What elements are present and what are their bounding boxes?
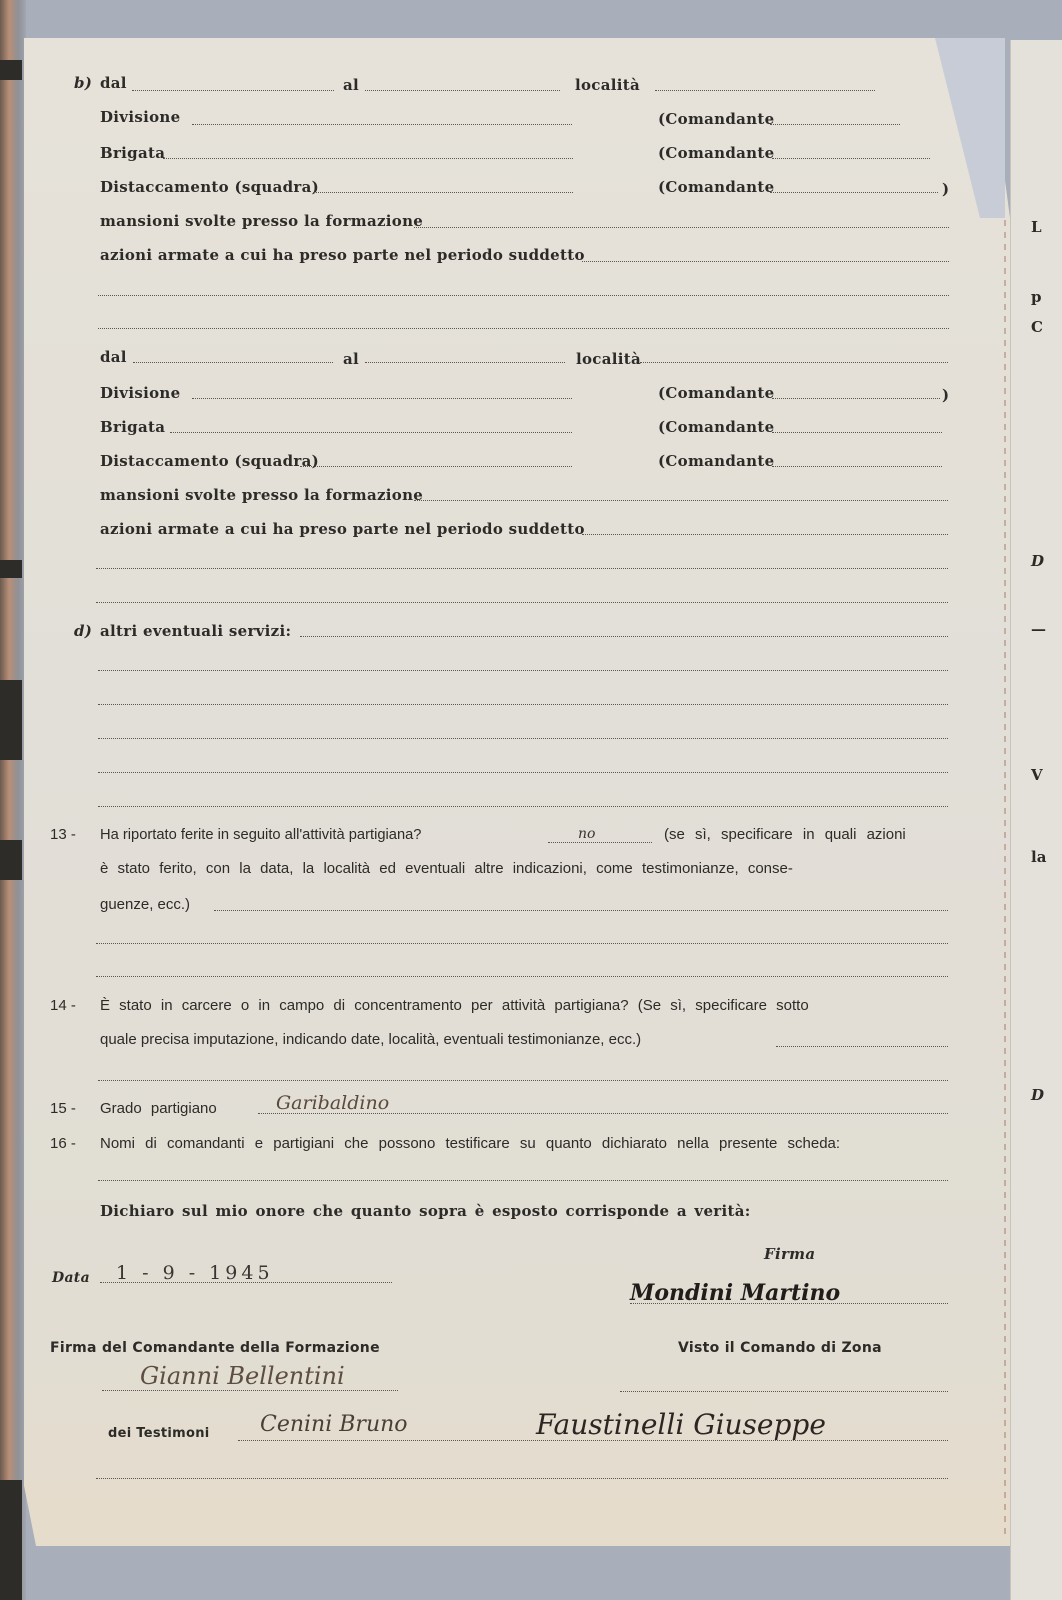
q15-number: 15 - [50,1100,76,1117]
q15-label: Grado partigiano [100,1100,217,1117]
close-paren: ) [942,180,949,198]
localita-field[interactable] [655,90,875,91]
azioni-field-line[interactable] [96,568,948,569]
azioni-field-line[interactable] [98,328,949,329]
comandante-label: (Comandante [658,452,774,470]
distaccamento-label: Distaccamento (squadra) [100,178,319,196]
altri-servizi-line[interactable] [98,806,948,807]
brigata-field[interactable] [163,158,573,159]
q13-question-cont: (se sì, specificare in quali azioni [664,826,906,843]
q13-details-field[interactable] [214,910,948,911]
adjacent-glyph: L [1031,218,1042,236]
mansioni-label: mansioni svolte presso la formazione [100,212,423,230]
section-b-marker: b) [74,74,92,92]
grado-partigiano-value: Garibaldino [276,1092,389,1114]
q14-number: 14 - [50,997,76,1014]
q13-question: Ha riportato ferite in seguito all'attiv… [100,826,421,843]
al-field[interactable] [365,362,565,363]
comandante-brigata-field[interactable] [772,432,942,433]
dal-label: dal [100,348,127,366]
q13-question-line3: guenze, ecc.) [100,896,190,913]
localita-label: località [575,76,640,94]
form-page [24,38,1010,1546]
adjacent-glyph: la [1031,848,1046,866]
visto-comando-zona-label: Visto il Comando di Zona [678,1340,882,1356]
q13-answer: no [578,826,595,842]
firma-comandante-label: Firma del Comandante della Formazione [50,1340,380,1356]
azioni-label: azioni armate a cui ha preso parte nel p… [100,246,585,264]
dal-label: dal [100,74,127,92]
comandante-label: (Comandante [658,178,774,196]
comandante-distaccamento-field[interactable] [770,192,938,193]
comandante-label: (Comandante [658,144,774,162]
visto-comando-zona-field[interactable] [620,1391,948,1392]
mansioni-field[interactable] [414,227,949,228]
data-label: Data [52,1270,90,1286]
dal-field[interactable] [132,90,334,91]
altri-servizi-line[interactable] [98,670,948,671]
altri-servizi-line[interactable] [98,738,948,739]
q14-question-line2: quale precisa imputazione, indicando dat… [100,1031,641,1048]
adjacent-glyph: C [1031,318,1043,336]
firma-comandante-signature: Gianni Bellentini [140,1362,345,1390]
adjacent-glyph: V [1031,766,1043,784]
section-d-marker: d) [74,622,92,640]
testimone-1-signature: Cenini Bruno [260,1412,408,1437]
firma-comandante-field[interactable] [102,1390,398,1391]
q14-question: È stato in carcere o in campo di concent… [100,997,809,1014]
adjacent-glyph: D [1031,1086,1044,1104]
adjacent-glyph: p [1031,288,1042,306]
firma-signature: Mondini Martino [630,1280,840,1306]
comandante-divisione-field[interactable] [772,398,940,399]
page-fold-line [1004,220,1006,1540]
adjacent-page: L p C D — V la D [1010,40,1062,1600]
q16-label: Nomi di comandanti e partigiani che poss… [100,1135,840,1152]
comandante-brigata-field[interactable] [772,158,930,159]
divisione-label: Divisione [100,108,180,126]
brigata-label: Brigata [100,144,165,162]
brigata-field[interactable] [170,432,572,433]
adjacent-glyph: — [1031,620,1046,638]
binder-edge [0,0,26,1600]
testimone-2-signature: Faustinelli Giuseppe [536,1408,826,1441]
distaccamento-field[interactable] [313,192,573,193]
comandante-distaccamento-field[interactable] [772,466,942,467]
distaccamento-field[interactable] [300,466,572,467]
al-label: al [343,350,359,368]
localita-field[interactable] [640,362,948,363]
mansioni-label: mansioni svolte presso la formazione [100,486,423,504]
al-label: al [343,76,359,94]
adjacent-glyph: D [1031,552,1044,570]
comandante-label: (Comandante [658,110,774,128]
altri-servizi-label: altri eventuali servizi: [100,622,291,640]
dal-field[interactable] [133,362,333,363]
q14-details-line[interactable] [98,1080,948,1081]
azioni-field-line[interactable] [96,602,948,603]
azioni-field-line[interactable] [98,295,949,296]
q13-details-line[interactable] [96,976,948,977]
divisione-field[interactable] [192,398,572,399]
distaccamento-label: Distaccamento (squadra) [100,452,319,470]
testimoni-names-field[interactable] [98,1180,948,1181]
altri-servizi-line[interactable] [98,704,948,705]
al-field[interactable] [365,90,560,91]
azioni-field[interactable] [582,534,948,535]
altri-servizi-field[interactable] [300,636,948,637]
q13-number: 13 - [50,826,76,843]
q13-answer-field[interactable] [548,842,652,843]
divisione-label: Divisione [100,384,180,402]
localita-label: località [576,350,641,368]
comandante-label: (Comandante [658,418,774,436]
q13-question-line2: è stato ferito, con la data, la località… [100,860,793,877]
q13-details-line[interactable] [96,943,948,944]
azioni-field[interactable] [582,261,949,262]
declaration-text: Dichiaro sul mio onore che quanto sopra … [100,1202,751,1220]
brigata-label: Brigata [100,418,165,436]
data-value: 1 - 9 - 1945 [116,1262,274,1284]
q14-details-field[interactable] [776,1046,948,1047]
comandante-divisione-field[interactable] [770,124,900,125]
mansioni-field[interactable] [414,500,948,501]
testimoni-label: dei Testimoni [108,1426,210,1441]
divisione-field[interactable] [192,124,572,125]
altri-servizi-line[interactable] [98,772,948,773]
q16-number: 16 - [50,1135,76,1152]
comandante-label: (Comandante [658,384,774,402]
azioni-label: azioni armate a cui ha preso parte nel p… [100,520,585,538]
close-paren: ) [942,386,949,404]
firma-label: Firma [764,1245,815,1263]
testimoni-line[interactable] [96,1478,948,1479]
